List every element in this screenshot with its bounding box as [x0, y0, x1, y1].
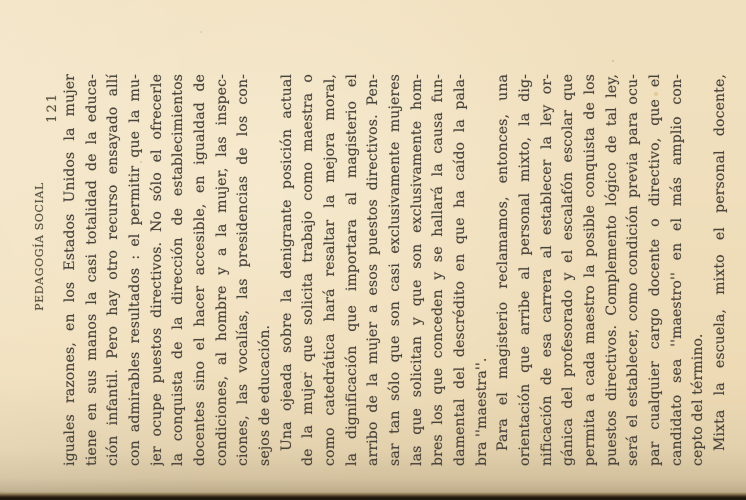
- text-line: par cualquier cargo docente o directivo,…: [645, 74, 667, 466]
- text-line: Para el magisterio reclamamos, entonces,…: [493, 74, 515, 466]
- text-line: ción infantil. Pero hay otro recurso ens…: [103, 74, 125, 466]
- text-line: gánica del profesorado y el escalafón es…: [558, 74, 580, 466]
- page-number: 121: [45, 92, 60, 123]
- running-head: PEDAGOGÍA SOCIAL 121: [33, 0, 46, 493]
- text-line: docentes sino el hacer accesible, en igu…: [190, 74, 212, 466]
- text-line: como catedrática hará resaltar la mejora…: [320, 74, 342, 466]
- text-line: cepto del término.: [688, 74, 710, 466]
- text-line: tiene en sus manos la casi totalidad de …: [82, 74, 104, 466]
- text-line: iguales razones, en los Estados Unidos l…: [60, 74, 82, 466]
- text-line: la conquista de la dirección de establec…: [168, 74, 190, 466]
- book-edge-shadow: [0, 492, 746, 500]
- text-line: sejos de educación.: [255, 74, 277, 466]
- text-line: bra ''maestra''.: [472, 74, 494, 466]
- text-line: será el establecer, como condición previ…: [623, 74, 645, 466]
- text-line: jer ocupe puestos directivos. No sólo el…: [147, 74, 169, 466]
- running-head-title: PEDAGOGÍA SOCIAL: [33, 0, 46, 493]
- text-line: permita a cada maestro la posible conqui…: [580, 74, 602, 466]
- text-line: sar tan sólo que son casi exclusivamente…: [385, 74, 407, 466]
- text-line: la dignificación que importara al magist…: [342, 74, 364, 466]
- scanned-book-page: PEDAGOGÍA SOCIAL 121 iguales razones, en…: [0, 0, 746, 500]
- text-line: Mixta la escuela, mixto el personal doce…: [710, 74, 732, 466]
- text-line: bres los que conceden y se hallará la ca…: [428, 74, 450, 466]
- text-line: condiciones, al hombre y a la mujer, las…: [212, 74, 234, 466]
- book-page: PEDAGOGÍA SOCIAL 121 iguales razones, en…: [0, 0, 746, 493]
- text-line: con admirables resultados : el permitir …: [125, 74, 147, 466]
- text-line: damental del descrédito en que ha caído …: [450, 74, 472, 466]
- text-line: Una ojeada sobre la denigrante posición …: [277, 74, 299, 466]
- text-line: orientación que arribe al personal mixto…: [515, 74, 537, 466]
- text-line: nificación de esa carrera al establecer …: [537, 74, 559, 466]
- text-line: candidato sea ''maestro'' en el más ampl…: [667, 74, 689, 466]
- text-line: las que solicitan y que son exclusivamen…: [407, 74, 429, 466]
- text-line: arribo de la mujer a esos puestos direct…: [363, 74, 385, 466]
- text-line: de la mujer que solicita trabajo como ma…: [298, 74, 320, 466]
- text-line: ciones, las vocalías, las presidencias d…: [233, 74, 255, 466]
- text-line: puestos directivos. Complemento lógico d…: [602, 74, 624, 466]
- page-body: iguales razones, en los Estados Unidos l…: [60, 74, 732, 466]
